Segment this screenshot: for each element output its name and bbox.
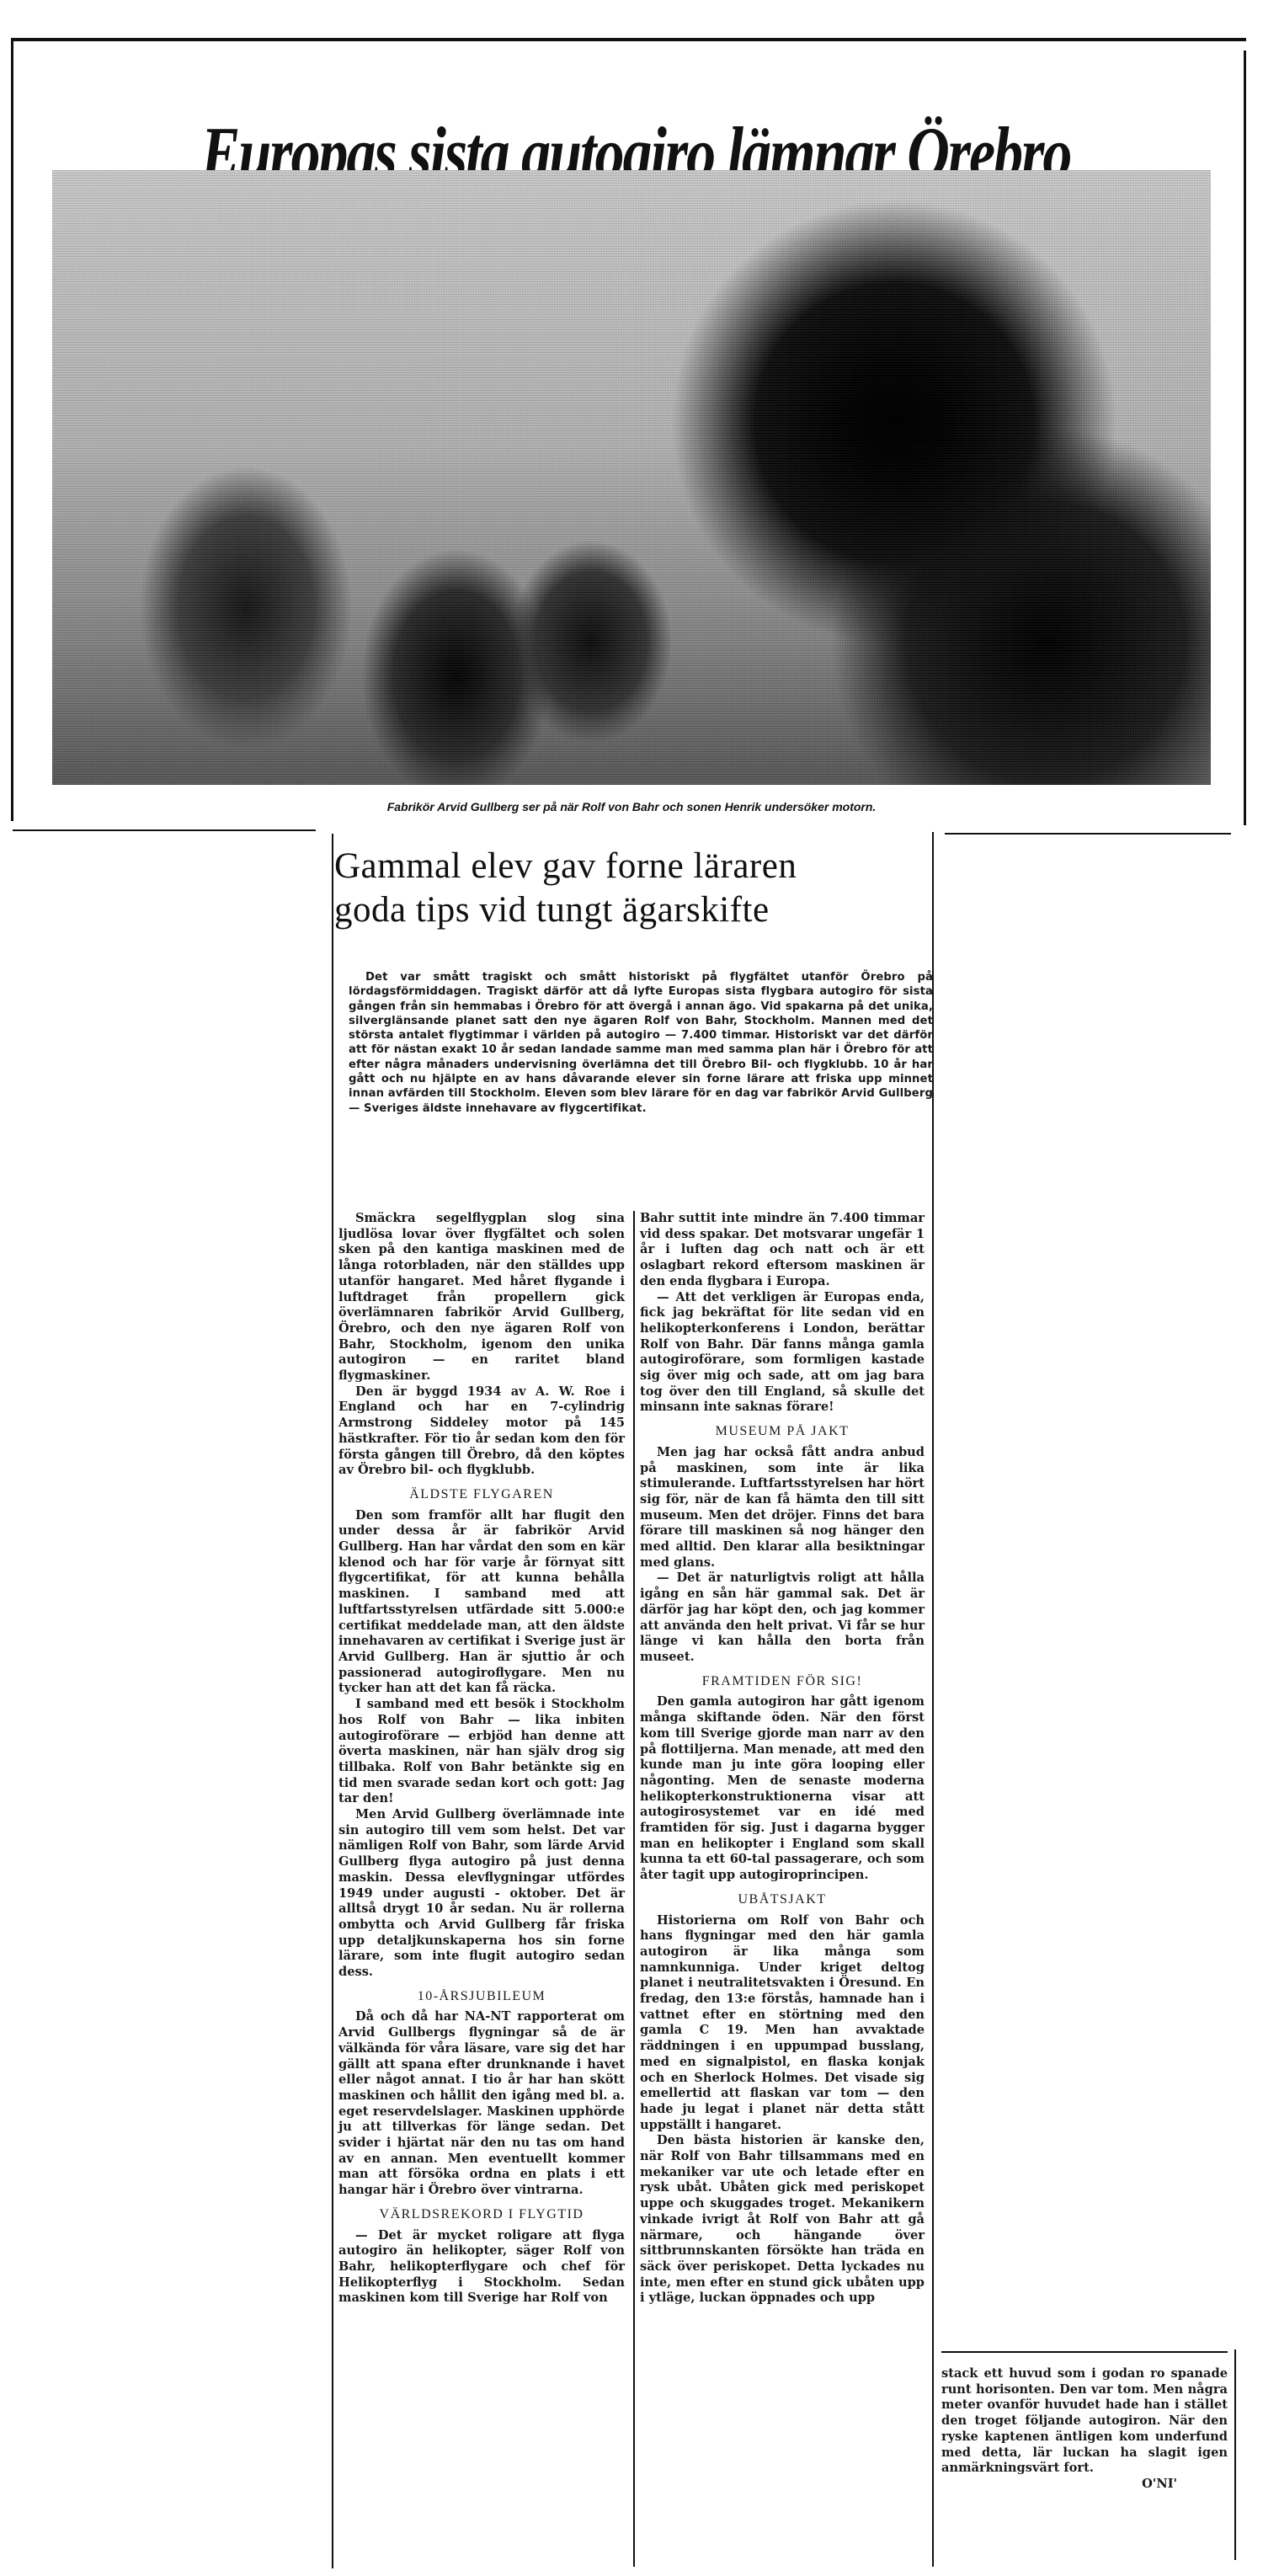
photo-grain — [52, 170, 1211, 785]
paragraph: — Det är mycket roligare att flyga autog… — [338, 2228, 625, 2307]
lead-paragraph: Det var smått tragiskt och smått histori… — [349, 970, 933, 1116]
caption-rule-left — [13, 829, 316, 831]
column-divider — [633, 1211, 635, 2567]
paragraph: Den som framför allt har flugit den unde… — [338, 1508, 625, 1697]
paragraph: I samband med ett besök i Stockholm hos … — [338, 1697, 625, 1807]
paragraph: Den bästa historien är kanske den, när R… — [640, 2133, 925, 2307]
subheadline: Gammal elev gav forne läraren goda tips … — [334, 845, 941, 932]
photo-caption: Fabrikör Arvid Gullberg ser på när Rolf … — [0, 800, 1263, 813]
frame-right — [1244, 51, 1246, 825]
article-photo — [52, 170, 1211, 785]
frame-left — [11, 38, 13, 821]
section-heading-10-arsjubileum: 10-ÅRSJUBILEUM — [338, 1989, 625, 2005]
paragraph: Då och då har NA-NT rapporterat om Arvid… — [338, 2009, 625, 2198]
paragraph: Men Arvid Gullberg överlämnade inte sin … — [338, 1807, 625, 1981]
column3-top-rule — [941, 2351, 1228, 2353]
paragraph: — Att det verkligen är Europas enda, fic… — [640, 1290, 925, 1416]
paragraph: Historierna om Rolf von Bahr och hans fl… — [640, 1913, 925, 2134]
section-heading-aldste-flygaren: ÄLDSTE FLYGAREN — [338, 1487, 625, 1503]
column-3: stack ett huvud som i godan ro spanade r… — [941, 2366, 1228, 2493]
author-signature: O'NI' — [941, 2477, 1228, 2493]
paragraph: Den gamla autogiron har gått igenom mång… — [640, 1694, 925, 1883]
paragraph: Men jag har också fått andra anbud på ma… — [640, 1445, 925, 1571]
section-heading-framtiden: FRAMTIDEN FÖR SIG! — [640, 1674, 925, 1690]
paragraph: Smäckra segelflygplan slog sina ljudlösa… — [338, 1211, 625, 1384]
paragraph: stack ett huvud som i godan ro spanade r… — [941, 2366, 1228, 2477]
subheadline-line-1: Gammal elev gav forne läraren — [334, 845, 941, 888]
top-rule — [13, 38, 1246, 41]
column-2: Bahr suttit inte mindre än 7.400 timmar … — [640, 1211, 925, 2307]
section-heading-ubatsjakt: UBÅTSJAKT — [640, 1892, 925, 1908]
article-border-left — [332, 834, 333, 2568]
column3-border-right — [1234, 2349, 1236, 2560]
caption-rule-right — [945, 833, 1231, 835]
paragraph: — Det är naturligtvis roligt att hålla i… — [640, 1571, 925, 1665]
subheadline-line-2: goda tips vid tungt ägarskifte — [334, 888, 941, 932]
column-1: Smäckra segelflygplan slog sina ljudlösa… — [338, 1211, 625, 2307]
section-heading-museum-pa-jakt: MUSEUM PÅ JAKT — [640, 1424, 925, 1440]
section-heading-varldsrekord: VÄRLDSREKORD I FLYGTID — [338, 2207, 625, 2223]
paragraph: Den är byggd 1934 av A. W. Roe i England… — [338, 1384, 625, 1479]
paragraph: Bahr suttit inte mindre än 7.400 timmar … — [640, 1211, 925, 1290]
